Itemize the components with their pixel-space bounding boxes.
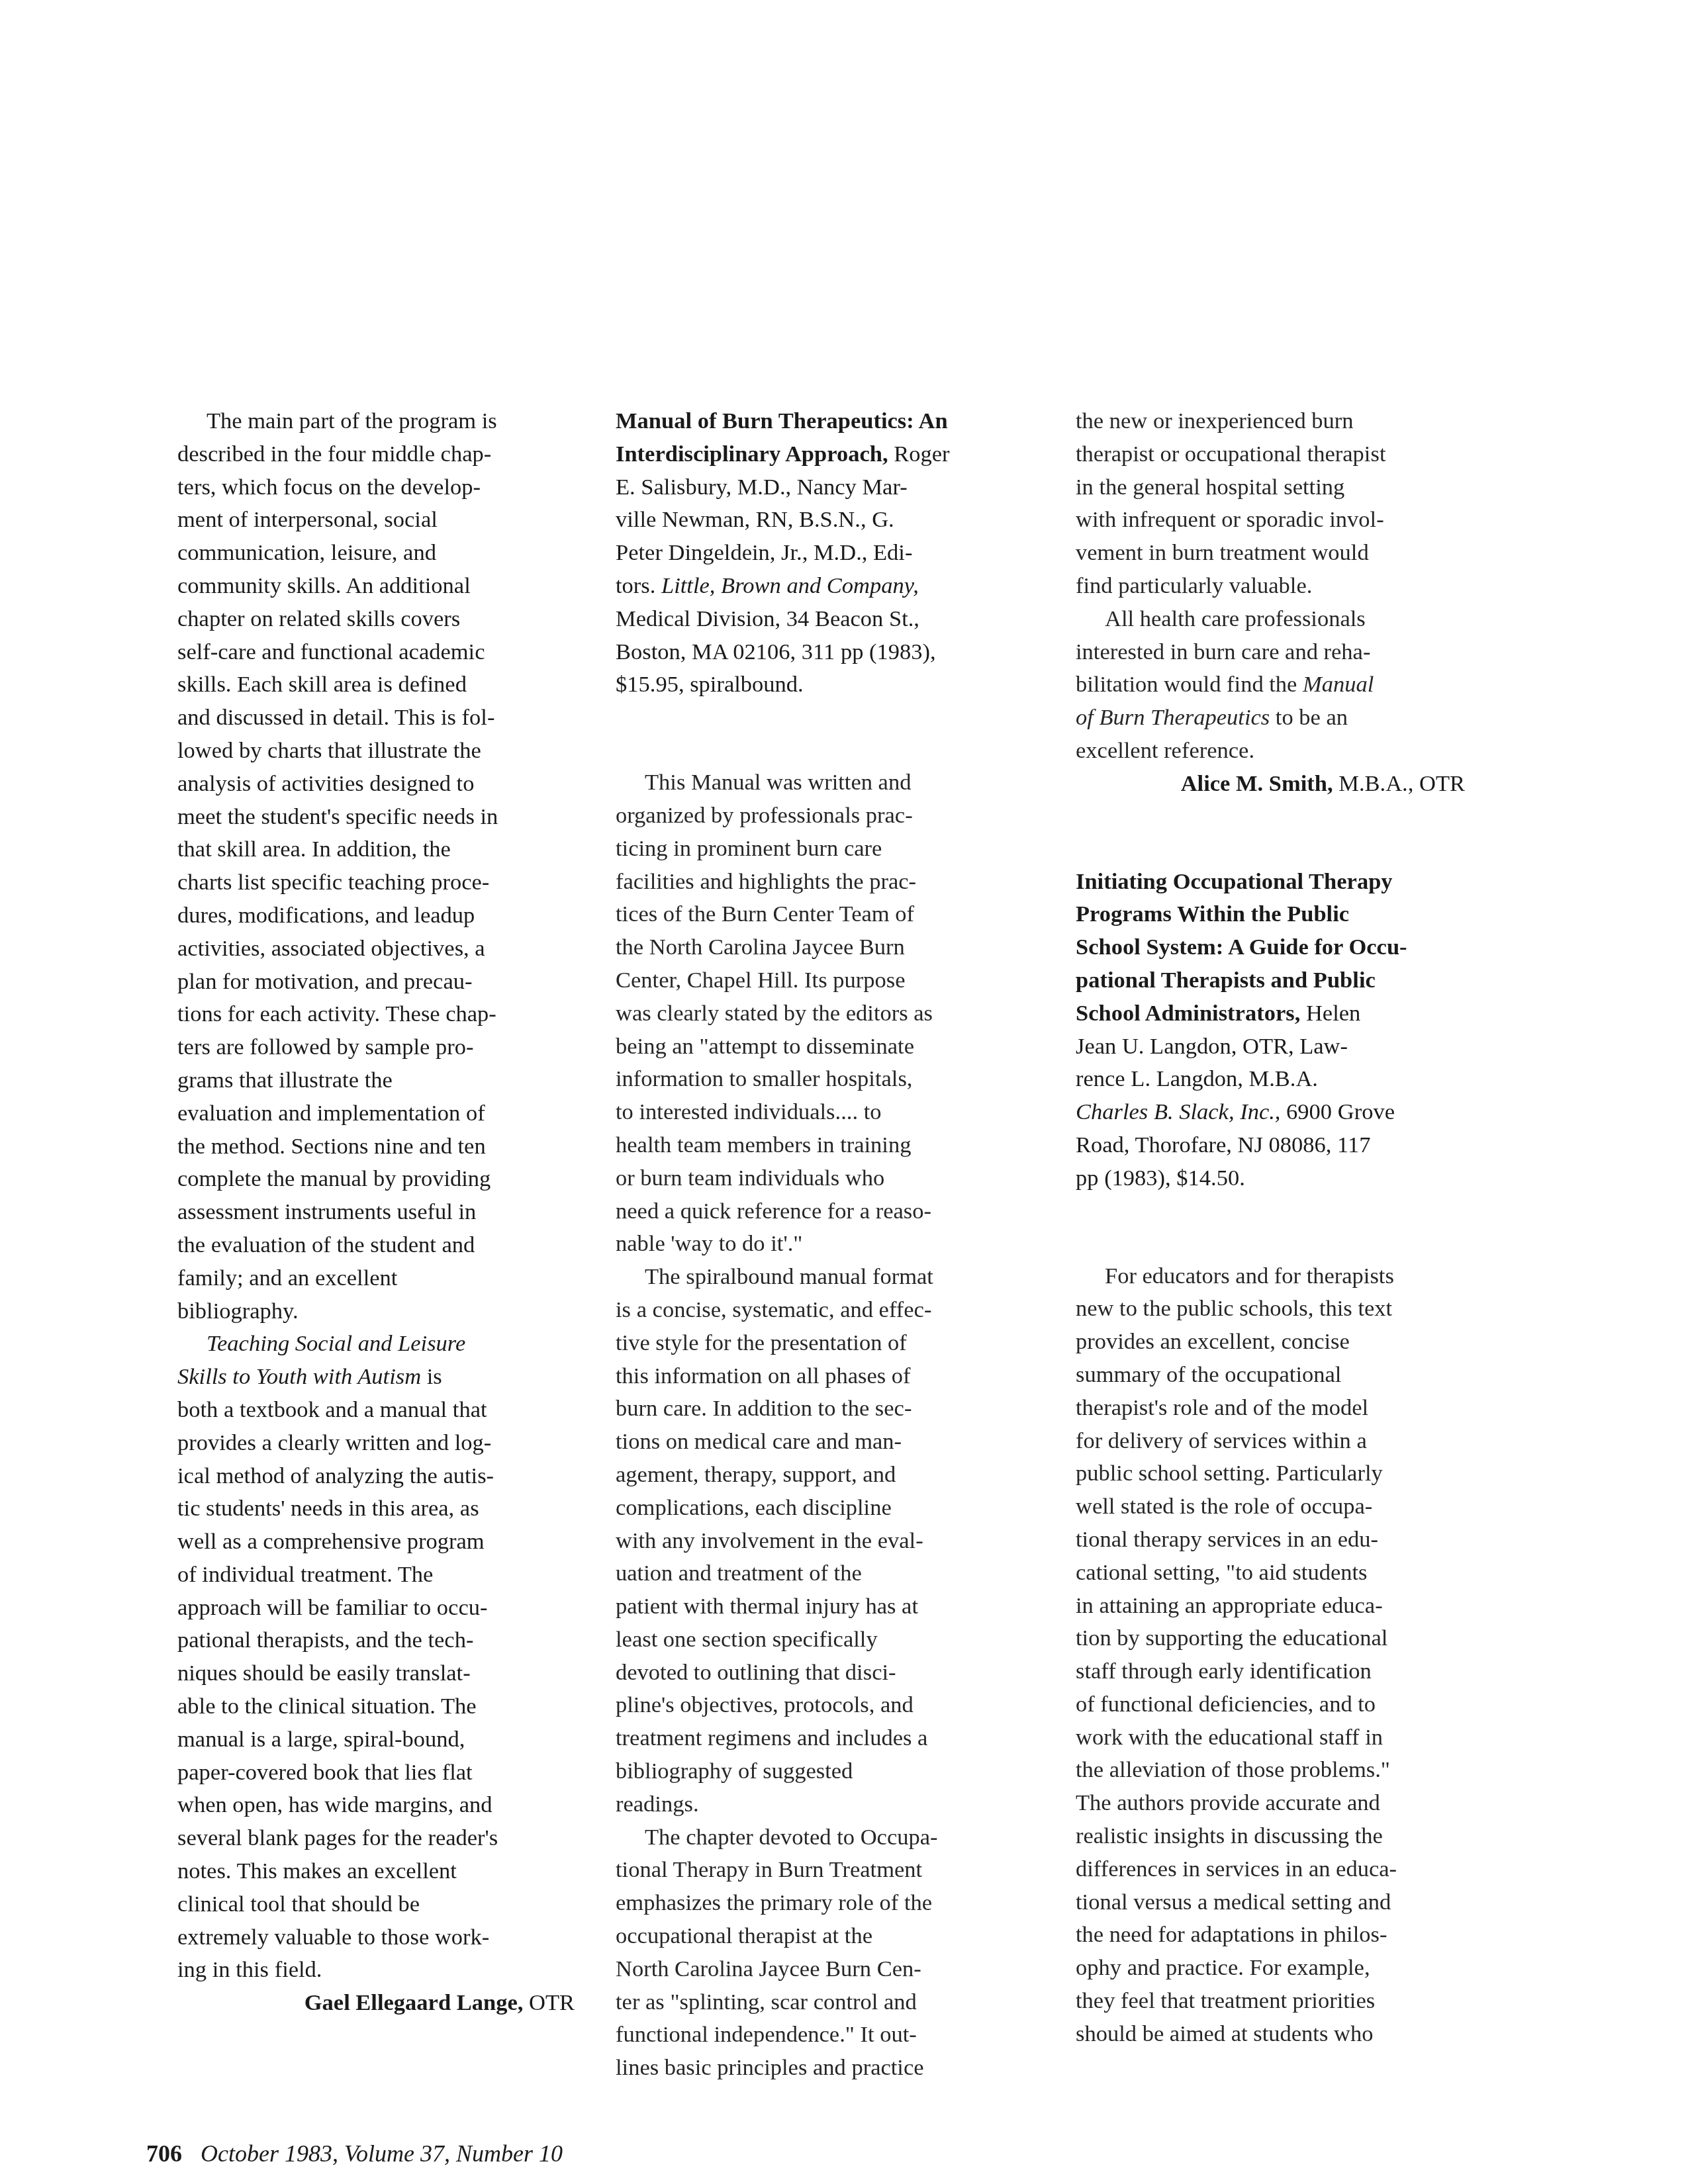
text-line: the need for adaptations in philos- bbox=[1076, 1919, 1497, 1952]
journal-issue: October 1983, Volume 37, Number 10 bbox=[201, 2140, 563, 2167]
text-line: tions on medical care and man- bbox=[616, 1426, 1025, 1459]
text-line: therapist or occupational therapist bbox=[1076, 438, 1497, 471]
review-paragraph-spiralbound-format: The spiralbound manual formatis a concis… bbox=[616, 1261, 1025, 1821]
text-line: able to the clinical situation. The bbox=[177, 1690, 575, 1723]
text-line: ing in this field. bbox=[177, 1954, 575, 1987]
text-line: tional Therapy in Burn Treatment bbox=[616, 1854, 1025, 1887]
text-line: ment of interpersonal, social bbox=[177, 504, 575, 537]
text-line: with infrequent or sporadic invol- bbox=[1076, 504, 1497, 537]
text-line: well as a comprehensive program bbox=[177, 1525, 575, 1559]
text-line: the North Carolina Jaycee Burn bbox=[616, 931, 1025, 964]
text-line: pational therapists, and the tech- bbox=[177, 1624, 575, 1657]
text-line: in the general hospital setting bbox=[1076, 471, 1497, 504]
text-line: for delivery of services within a bbox=[1076, 1425, 1497, 1458]
text-line: This Manual was written and bbox=[616, 766, 1025, 799]
review-paragraph-manual-purpose: This Manual was written andorganized by … bbox=[616, 766, 1025, 1261]
text-line: they feel that treatment priorities bbox=[1076, 1985, 1497, 2018]
book-title: School Administrators, bbox=[1076, 1001, 1300, 1026]
text-line: differences in services in an educa- bbox=[1076, 1853, 1497, 1886]
text-line: Initiating Occupational Therapy bbox=[1076, 866, 1497, 899]
text-line: well stated is the role of occupa- bbox=[1076, 1490, 1497, 1524]
text-line: information to smaller hospitals, bbox=[616, 1063, 1025, 1096]
text-line: least one section specifically bbox=[616, 1623, 1025, 1657]
text-line: when open, has wide margins, and bbox=[177, 1789, 575, 1822]
reviewer-name: Gael Ellegaard Lange, bbox=[305, 1990, 524, 2015]
text-line: the evaluation of the student and bbox=[177, 1229, 575, 1262]
review-paragraph-continued: the new or inexperienced burntherapist o… bbox=[1076, 405, 1497, 603]
text-line: bibliography. bbox=[177, 1295, 575, 1328]
book-title-italic: Manual bbox=[1303, 672, 1374, 697]
text-line: $15.95, spiralbound. bbox=[616, 668, 1025, 702]
book-title: Initiating Occupational TherapyPrograms … bbox=[1076, 866, 1497, 997]
text-line: tic students' needs in this area, as bbox=[177, 1492, 575, 1525]
text-line: new to the public schools, this text bbox=[1076, 1293, 1497, 1326]
review-paragraph-teaching-social-skills: Teaching Social and Leisure Skills to Yo… bbox=[177, 1328, 575, 1987]
text-line: E. Salisbury, M.D., Nancy Mar- bbox=[616, 471, 1025, 504]
text-line: devoted to outlining that disci- bbox=[616, 1657, 1025, 1690]
reviewer-signature: Alice M. Smith, M.B.A., OTR bbox=[1076, 768, 1497, 801]
text-line: pline's objectives, protocols, and bbox=[616, 1689, 1025, 1722]
text-line: health team members in training bbox=[616, 1129, 1025, 1162]
text-line: being an "attempt to disseminate bbox=[616, 1030, 1025, 1064]
text-line: pational Therapists and Public bbox=[1076, 964, 1497, 997]
text-line: skills. Each skill area is defined bbox=[177, 668, 575, 702]
text-line: lines basic principles and practice bbox=[616, 2052, 1025, 2085]
text-line: organized by professionals prac- bbox=[616, 799, 1025, 833]
text-line: assessment instruments useful in bbox=[177, 1196, 575, 1229]
text-line: public school setting. Particularly bbox=[1076, 1457, 1497, 1490]
text-line: patient with thermal injury has at bbox=[616, 1590, 1025, 1623]
text-line: to interested individuals.... to bbox=[616, 1096, 1025, 1129]
text-line: complete the manual by providing bbox=[177, 1163, 575, 1196]
text-line: nable 'way to do it'." bbox=[616, 1228, 1025, 1261]
text-line: community skills. An additional bbox=[177, 570, 575, 603]
book-title-italic: Teaching Social and Leisure bbox=[207, 1331, 465, 1356]
review-paragraph-ot-chapter: The chapter devoted to Occupa-tional The… bbox=[616, 1821, 1025, 2085]
publisher-name: Charles B. Slack, Inc., bbox=[1076, 1099, 1280, 1124]
text-line: meet the student's specific needs in bbox=[177, 801, 575, 834]
book-title-italic: Skills to Youth with Autism bbox=[177, 1364, 421, 1389]
reviewer-signature: Gael Ellegaard Lange, OTR bbox=[177, 1987, 575, 2020]
reviewer-credential: M.B.A., OTR bbox=[1333, 771, 1465, 796]
text-line: tion by supporting the educational bbox=[1076, 1622, 1497, 1655]
text-line: agement, therapy, support, and bbox=[616, 1459, 1025, 1492]
text-line: cational setting, "to aid students bbox=[1076, 1557, 1497, 1590]
text-line: extremely valuable to those work- bbox=[177, 1921, 575, 1954]
text-line: bibliography of suggested bbox=[616, 1755, 1025, 1788]
text-line: the new or inexperienced burn bbox=[1076, 405, 1497, 438]
text-line: should be aimed at students who bbox=[1076, 2018, 1497, 2051]
text-line: tional therapy services in an edu- bbox=[1076, 1524, 1497, 1557]
text-line: The authors provide accurate and bbox=[1076, 1787, 1497, 1820]
text-line: family; and an excellent bbox=[177, 1262, 575, 1295]
text-line: realistic insights in discussing the bbox=[1076, 1820, 1497, 1853]
text-line: ical method of analyzing the autis- bbox=[177, 1460, 575, 1493]
text-line: Peter Dingeldein, Jr., M.D., Edi- bbox=[616, 537, 1025, 570]
text-line: work with the educational staff in bbox=[1076, 1721, 1497, 1754]
text-line: North Carolina Jaycee Burn Cen- bbox=[616, 1953, 1025, 1986]
column-left: The main part of the program isdescribed… bbox=[177, 405, 575, 2020]
book-citation-burn-therapeutics: Manual of Burn Therapeutics: An Interdis… bbox=[616, 405, 1025, 702]
text-line: provides a clearly written and log- bbox=[177, 1427, 575, 1460]
book-title-italic: of Burn Therapeutics bbox=[1076, 705, 1270, 730]
text-line: emphasizes the primary role of the bbox=[616, 1887, 1025, 1920]
text-line: with any involvement in the eval- bbox=[616, 1525, 1025, 1558]
text-line: ters, which focus on the develop- bbox=[177, 471, 575, 504]
reviewer-name: Alice M. Smith, bbox=[1181, 771, 1333, 796]
text-line: ophy and practice. For example, bbox=[1076, 1952, 1497, 1985]
text-line: summary of the occupational bbox=[1076, 1359, 1497, 1392]
text-line: find particularly valuable. bbox=[1076, 570, 1497, 603]
text-line: staff through early identification bbox=[1076, 1655, 1497, 1688]
text-line: Boston, MA 02106, 311 pp (1983), bbox=[616, 636, 1025, 669]
text-line: dures, modifications, and leadup bbox=[177, 899, 575, 933]
text-line: this information on all phases of bbox=[616, 1360, 1025, 1393]
review-paragraph-public-schools: For educators and for therapistsnew to t… bbox=[1076, 1260, 1497, 2051]
text-line: functional independence." It out- bbox=[616, 2019, 1025, 2052]
text-line: ter as "splinting, scar control and bbox=[616, 1986, 1025, 2019]
text-line: activities, associated objectives, a bbox=[177, 933, 575, 966]
page-number: 706 bbox=[146, 2140, 182, 2167]
book-title: Manual of Burn Therapeutics: An bbox=[616, 405, 1025, 438]
text-line: Road, Thorofare, NJ 08086, 117 bbox=[1076, 1129, 1497, 1162]
text-line: burn care. In addition to the sec- bbox=[616, 1392, 1025, 1426]
column-right: the new or inexperienced burntherapist o… bbox=[1076, 405, 1497, 2051]
text-line: School System: A Guide for Occu- bbox=[1076, 931, 1497, 964]
text-line: was clearly stated by the editors as bbox=[616, 997, 1025, 1030]
column-middle: Manual of Burn Therapeutics: An Interdis… bbox=[616, 405, 1025, 2085]
text-line: Medical Division, 34 Beacon St., bbox=[616, 603, 1025, 636]
text-line: self-care and functional academic bbox=[177, 636, 575, 669]
text-line: plan for motivation, and precau- bbox=[177, 966, 575, 999]
text-line: tional versus a medical setting and bbox=[1076, 1886, 1497, 1919]
text-line: Jean U. Langdon, OTR, Law- bbox=[1076, 1030, 1497, 1064]
text-line: the method. Sections nine and ten bbox=[177, 1130, 575, 1163]
text-line: described in the four middle chap- bbox=[177, 438, 575, 471]
text-line: occupational therapist at the bbox=[616, 1920, 1025, 1953]
text-line: several blank pages for the reader's bbox=[177, 1822, 575, 1855]
text-line: communication, leisure, and bbox=[177, 537, 575, 570]
text-line: grams that illustrate the bbox=[177, 1064, 575, 1097]
text-line: rence L. Langdon, M.B.A. bbox=[1076, 1063, 1497, 1096]
text-line: evaluation and implementation of bbox=[177, 1097, 575, 1130]
text-line: need a quick reference for a reaso- bbox=[616, 1195, 1025, 1228]
text-line: tive style for the presentation of bbox=[616, 1327, 1025, 1360]
reviewer-credential: OTR bbox=[523, 1990, 575, 2015]
text-line: complications, each discipline bbox=[616, 1492, 1025, 1525]
text-line: of functional deficiencies, and to bbox=[1076, 1688, 1497, 1721]
text-line: interested in burn care and reha- bbox=[1076, 636, 1497, 669]
page-footer: 706October 1983, Volume 37, Number 10 bbox=[146, 2140, 563, 2167]
text-line: readings. bbox=[616, 1788, 1025, 1821]
text-line: The chapter devoted to Occupa- bbox=[616, 1821, 1025, 1854]
text-line: lowed by charts that illustrate the bbox=[177, 735, 575, 768]
text-line: manual is a large, spiral-bound, bbox=[177, 1723, 575, 1756]
text-line: vement in burn treatment would bbox=[1076, 537, 1497, 570]
text-line: and discussed in detail. This is fol- bbox=[177, 702, 575, 735]
text-line: The spiralbound manual format bbox=[616, 1261, 1025, 1294]
text-line: in attaining an appropriate educa- bbox=[1076, 1590, 1497, 1623]
text-line: therapist's role and of the model bbox=[1076, 1392, 1497, 1425]
text-line: Programs Within the Public bbox=[1076, 898, 1497, 931]
text-line: treatment regimens and includes a bbox=[616, 1722, 1025, 1755]
text-line: facilities and highlights the prac- bbox=[616, 866, 1025, 899]
text-line: or burn team individuals who bbox=[616, 1162, 1025, 1195]
publisher-name: Little, Brown and Company, bbox=[661, 573, 919, 598]
review-paragraph-program-chapters: The main part of the program isdescribed… bbox=[177, 405, 575, 1328]
text-line: Center, Chapel Hill. Its purpose bbox=[616, 964, 1025, 997]
text-line: paper-covered book that lies flat bbox=[177, 1756, 575, 1790]
text-line: The main part of the program is bbox=[177, 405, 575, 438]
text-line: pp (1983), $14.50. bbox=[1076, 1162, 1497, 1195]
text-line: is a concise, systematic, and effec- bbox=[616, 1294, 1025, 1327]
text-line: the alleviation of those problems." bbox=[1076, 1754, 1497, 1787]
book-title: Interdisciplinary Approach, bbox=[616, 441, 888, 467]
text-line: charts list specific teaching proce- bbox=[177, 866, 575, 899]
text-line: tions for each activity. These chap- bbox=[177, 998, 575, 1031]
text-line: approach will be familiar to occu- bbox=[177, 1592, 575, 1625]
text-line: ters are followed by sample pro- bbox=[177, 1031, 575, 1064]
text-line: ticing in prominent burn care bbox=[616, 833, 1025, 866]
text-line: For educators and for therapists bbox=[1076, 1260, 1497, 1293]
review-paragraph-recommendation: All health care professionalsinterested … bbox=[1076, 603, 1497, 768]
text-line: tices of the Burn Center Team of bbox=[616, 898, 1025, 931]
text-line: that skill area. In addition, the bbox=[177, 833, 575, 866]
text-line: niques should be easily translat- bbox=[177, 1657, 575, 1690]
book-citation-initiating-ot-programs: Initiating Occupational TherapyPrograms … bbox=[1076, 866, 1497, 1195]
text-line: of individual treatment. The bbox=[177, 1559, 575, 1592]
text-line: both a textbook and a manual that bbox=[177, 1394, 575, 1427]
text-line: analysis of activities designed to bbox=[177, 768, 575, 801]
text-line: ville Newman, RN, B.S.N., G. bbox=[616, 504, 1025, 537]
text-line: provides an excellent, concise bbox=[1076, 1326, 1497, 1359]
text-line: uation and treatment of the bbox=[616, 1557, 1025, 1590]
text-line: All health care professionals bbox=[1076, 603, 1497, 636]
text-line: clinical tool that should be bbox=[177, 1888, 575, 1921]
text-line: chapter on related skills covers bbox=[177, 603, 575, 636]
text-line: notes. This makes an excellent bbox=[177, 1855, 575, 1888]
